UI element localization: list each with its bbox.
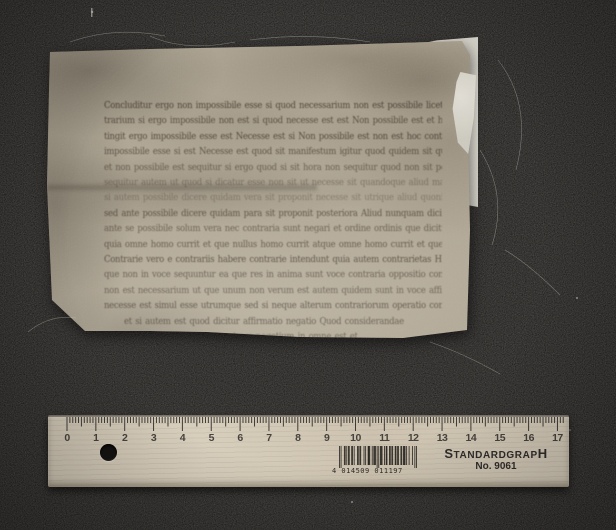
model-number-label: No. 9061	[431, 461, 561, 472]
manuscript-line: que non in voce sequuntur ea que res in …	[104, 269, 442, 283]
manuscript-line: nostram negotium in omne est et	[219, 330, 442, 344]
ruler-number: 14	[459, 432, 483, 444]
brand-middle: TANDARDGRAP	[454, 450, 538, 461]
ruler-number: 4	[170, 432, 194, 444]
manuscript-line: impossibile esse si est Necesse est quod…	[104, 146, 442, 160]
ruler-number: 16	[517, 432, 541, 444]
manuscript-line: necesse est simul esse utrumque sed si n…	[104, 300, 442, 314]
ruler-number: 0	[55, 432, 79, 444]
manuscript-line: sequitur autem ut quod si dicatur esse n…	[104, 176, 442, 190]
ruler-hole	[100, 444, 117, 461]
manuscript-line: quia omne homo currit et que nullus homo…	[104, 238, 442, 252]
ruler-number: 6	[228, 432, 252, 444]
manuscript-line: tingit ergo impossibile esse est Necesse…	[104, 130, 442, 144]
ruler-number: 17	[545, 432, 569, 444]
manuscript-fragment: Concluditur ergo non impossibile esse si…	[47, 41, 475, 339]
barcode-digits: 4 014509 011197	[332, 467, 426, 475]
manuscript-line: ante se possibile solum vera nec contrar…	[104, 223, 442, 237]
ruler-number: 10	[344, 432, 368, 444]
manuscript-line: non est necessarium ut que unum non veru…	[104, 284, 442, 298]
barcode: 4 014509 011197	[339, 446, 419, 480]
photo-stage: Concluditur ergo non impossibile esse si…	[0, 0, 616, 530]
parchment-surface: Concluditur ergo non impossibile esse si…	[47, 41, 475, 339]
brand-letter-last: H	[538, 446, 548, 461]
ruler-number: 7	[257, 432, 281, 444]
ruler-number: 3	[142, 432, 166, 444]
ruler-number: 1	[84, 432, 108, 444]
ruler-number: 5	[199, 432, 223, 444]
ruler-number: 11	[372, 432, 396, 444]
ruler-number: 12	[401, 432, 425, 444]
brand-letter-first: S	[444, 446, 453, 461]
ruler-number: 15	[488, 432, 512, 444]
manuscript-line: et si autem est quod dicitur affirmatio …	[124, 315, 442, 329]
manuscript-line: sed ante possibile dicere quidam para si…	[104, 207, 442, 221]
ruler: 01234567891011121314151617 4 014509 0111…	[48, 415, 569, 487]
manuscript-line: Concluditur ergo non impossibile esse si…	[104, 99, 442, 113]
ruler-number: 9	[315, 432, 339, 444]
manuscript-line: trarium si ergo impossibile non est si q…	[104, 115, 442, 129]
manuscript-line: Contrarie vero e contrariis habere contr…	[104, 253, 442, 267]
ruler-number: 13	[430, 432, 454, 444]
ruler-number: 2	[113, 432, 137, 444]
ruler-number: 8	[286, 432, 310, 444]
manuscript-line: et non possibile est sequitur si ergo qu…	[104, 161, 442, 175]
manuscript-line: si autem possibile dicere quidam vera si…	[104, 192, 442, 206]
